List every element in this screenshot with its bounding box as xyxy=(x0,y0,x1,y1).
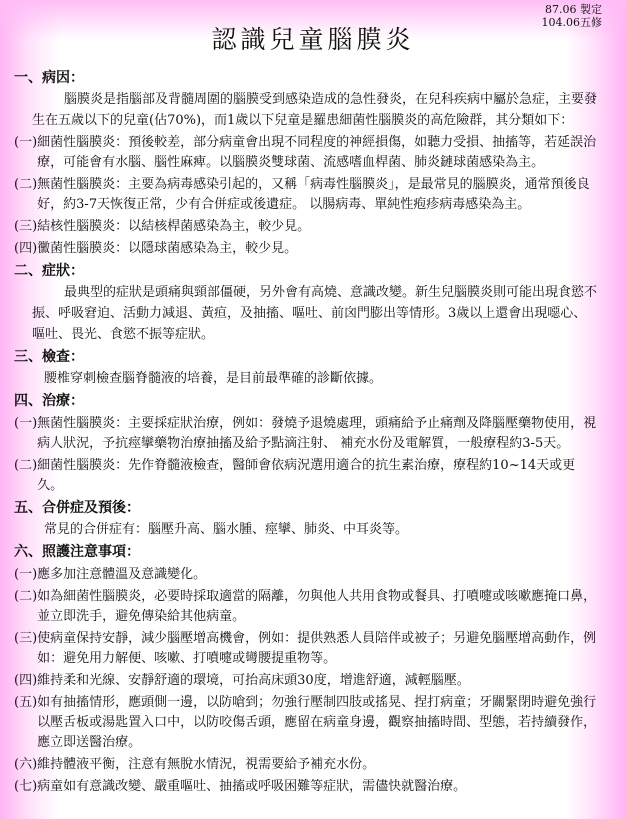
list-item: (二)細菌性腦膜炎：先作脊髓液檢查，醫師會依病況選用適合的抗生素治療，療程約10… xyxy=(14,456,598,496)
list-item: (四)黴菌性腦膜炎：以隱球菌感染為主，較少見。 xyxy=(14,239,598,259)
created-date: 87.06 製定 xyxy=(542,3,603,16)
section-heading-symptoms: 二、症狀： xyxy=(14,261,598,282)
section-heading-cause: 一、病因： xyxy=(14,68,598,89)
section-paragraph: 腰椎穿刺檢查腦脊髓液的培養，是目前最準確的診斷依據。 xyxy=(14,368,598,389)
section-heading-treatment: 四、治療： xyxy=(14,391,598,412)
list-item: (六)維持體液平衡，注意有無脫水情況，視需要給予補充水份。 xyxy=(14,755,598,775)
list-item: (七)病童如有意識改變、嚴重嘔吐、抽搐或呼吸困難等症狀，需儘快就醫治療。 xyxy=(14,777,598,797)
document-body: 一、病因： 腦膜炎是指腦部及背髓周圍的腦膜受到感染造成的急性發炎，在兒科疾病中屬… xyxy=(14,66,598,797)
section-paragraph: 常見的合併症有：腦壓升高、腦水腫、痙攣、肺炎、中耳炎等。 xyxy=(14,519,598,540)
section-paragraph: 最典型的症狀是頭痛與頸部僵硬，另外會有高燒、意識改變。新生兒腦膜炎則可能出現食慾… xyxy=(14,282,598,345)
section-heading-care: 六、照護注意事項： xyxy=(14,542,598,563)
list-item: (一)應多加注意體溫及意識變化。 xyxy=(14,565,598,585)
section-paragraph: 腦膜炎是指腦部及背髓周圍的腦膜受到感染造成的急性發炎，在兒科疾病中屬於急症，主要… xyxy=(14,89,598,131)
list-item: (三)結核性腦膜炎：以結核桿菌感染為主，較少見。 xyxy=(14,217,598,237)
list-item: (五)如有抽搐情形，應頭側一邊，以防嗆到；勿強行壓制四肢或搖晃、捏打病童；牙關緊… xyxy=(14,693,598,753)
section-heading-complications: 五、合併症及預後： xyxy=(14,498,598,519)
document-page: 87.06 製定 104.06五修 認識兒童腦膜炎 一、病因： 腦膜炎是指腦部及… xyxy=(0,0,626,819)
list-item: (一)細菌性腦膜炎：預後較差，部分病童會出現不同程度的神經損傷，如聽力受損、抽搐… xyxy=(14,133,598,173)
list-item: (三)使病童保持安靜，減少腦壓增高機會，例如：提供熟悉人員陪伴或被子；另避免腦壓… xyxy=(14,629,598,669)
page-title: 認識兒童腦膜炎 xyxy=(0,20,626,56)
list-item: (二)無菌性腦膜炎：主要為病毒感染引起的，又稱「病毒性腦膜炎」，是最常見的腦膜炎… xyxy=(14,175,598,215)
list-item: (二)如為細菌性腦膜炎，必要時採取適當的隔離，勿與他人共用食物或餐具、打噴嚏或咳… xyxy=(14,587,598,627)
list-item: (四)維持柔和光線、安靜舒適的環境，可抬高床頭30度，增進舒適，減輕腦壓。 xyxy=(14,671,598,691)
section-heading-exam: 三、檢查： xyxy=(14,347,598,368)
list-item: (一)無菌性腦膜炎：主要採症狀治療，例如：發燒予退燒處理，頭痛給予止痛劑及降腦壓… xyxy=(14,414,598,454)
